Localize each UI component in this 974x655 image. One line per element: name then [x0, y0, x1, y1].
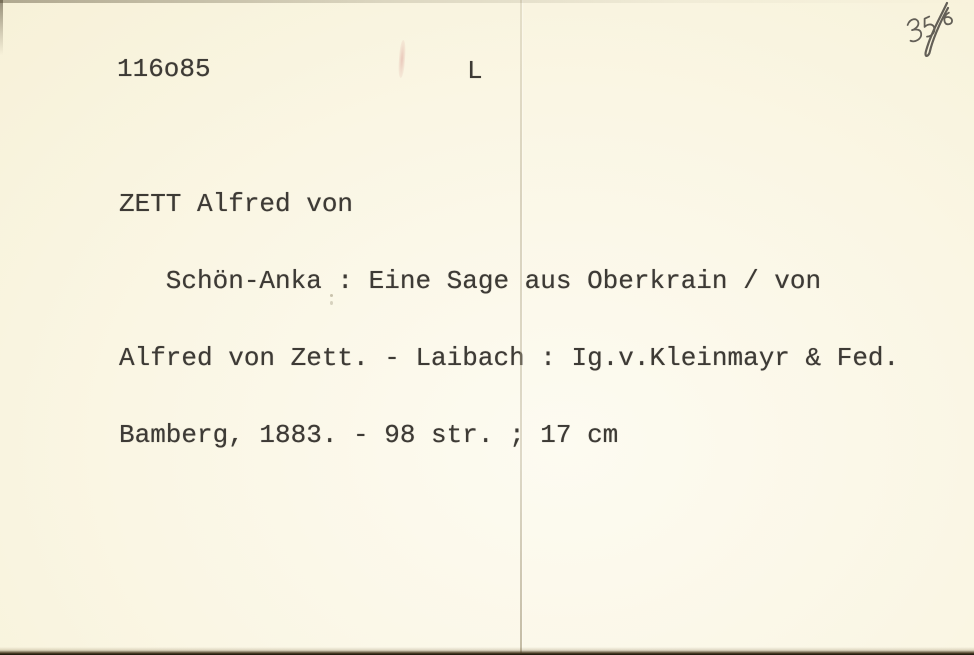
scan-edge-left: [0, 0, 3, 55]
entry-title-line: Schön-Anka : Eine Sage aus Oberkrain / v…: [119, 269, 899, 295]
entry-heading-author: ZETT Alfred von: [119, 192, 899, 218]
vertical-crease: [520, 0, 522, 655]
pen-check-stroke: [926, 3, 948, 56]
paper-speck: [330, 294, 333, 297]
catalog-entry: ZETT Alfred von Schön-Anka : Eine Sage a…: [119, 141, 899, 499]
scan-edge-top: [0, 0, 974, 3]
handwritten-accession-mark: [885, 0, 974, 75]
section-letter: L: [467, 56, 483, 86]
call-number: 116o85: [117, 54, 211, 84]
red-ink-smudge: [398, 40, 407, 78]
entry-collation-line: Bamberg, 1883. - 98 str. ; 17 cm: [119, 423, 899, 449]
entry-imprint-line: Alfred von Zett. - Laibach : Ig.v.Kleinm…: [119, 346, 899, 372]
scan-edge-bottom: [0, 647, 974, 655]
catalog-card: 116o85 L ZETT Alfred von Schön-Anka : Ei…: [0, 0, 974, 655]
paper-speck: [330, 301, 333, 305]
